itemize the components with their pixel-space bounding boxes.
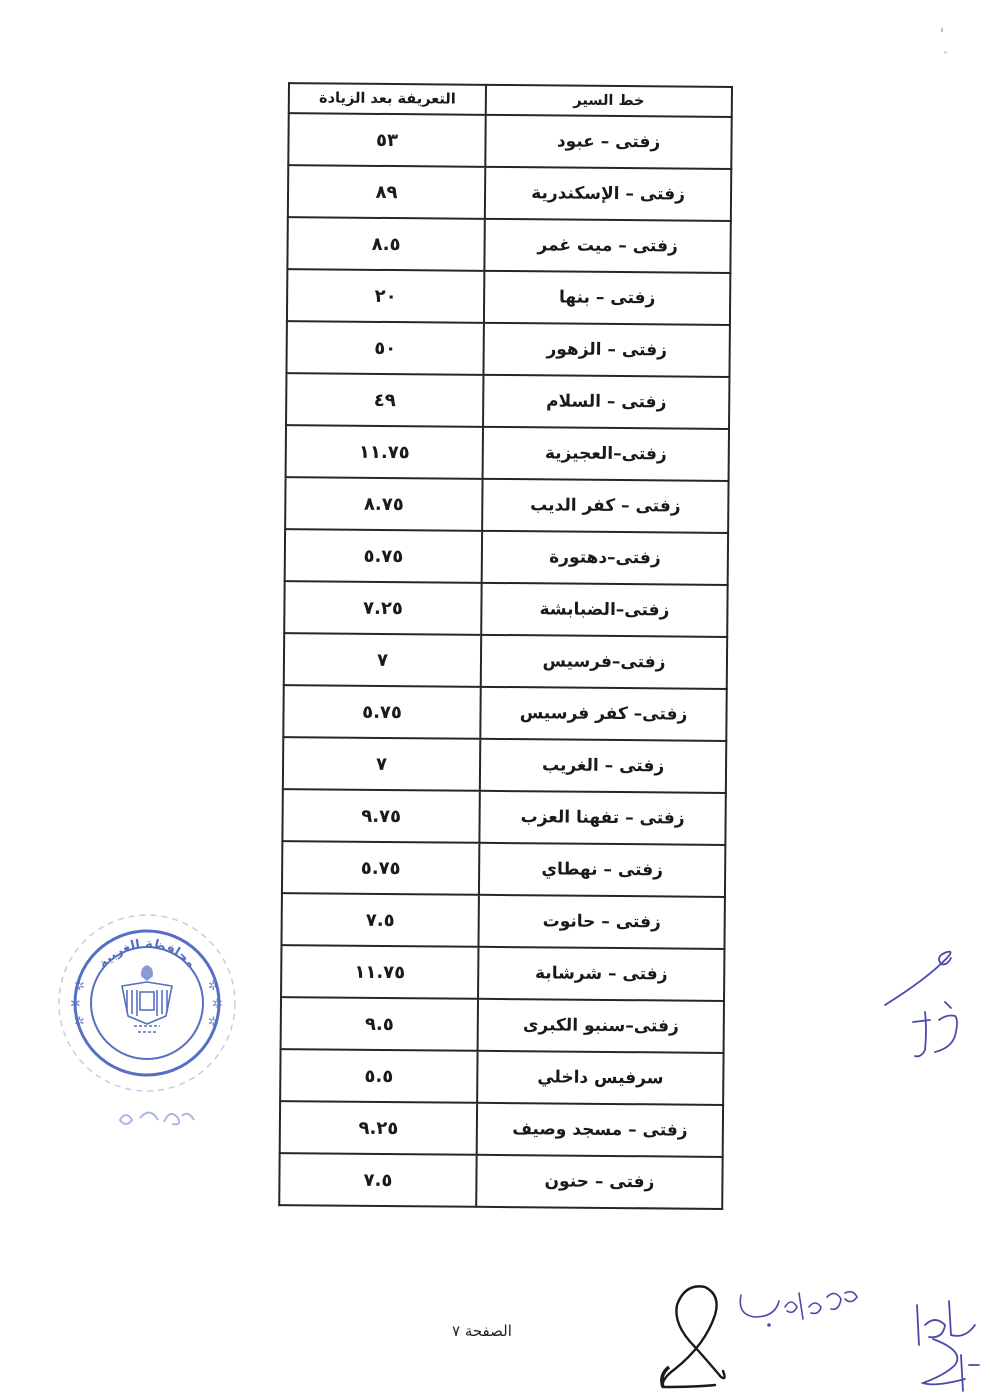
table-row: سرفيس داخلي٥.٥ — [280, 1049, 723, 1105]
table-row: زفتى – بنها٢٠ — [287, 269, 730, 325]
table-row: زفتى – السلام٤٩ — [286, 373, 729, 429]
fare-cell: ٧.٢٥ — [284, 581, 482, 635]
route-cell: سرفيس داخلي — [477, 1051, 723, 1105]
fare-cell: ٧ — [284, 633, 482, 687]
svg-text:✲: ✲ — [208, 979, 219, 994]
table-row: زفتى – الزهور٥٠ — [286, 321, 729, 377]
table-row: زفتى–الضبابشة٧.٢٥ — [284, 581, 727, 637]
fare-cell: ١١.٧٥ — [281, 945, 479, 999]
column-header-fare: التعريفة بعد الزيادة — [289, 83, 486, 115]
route-cell: زفتى – مسجد وصيف — [477, 1103, 723, 1157]
table-row: زفتى – حنون٧.٥ — [279, 1153, 722, 1209]
stamp-ornament-right-icon: ✲ ✲ ✲ — [208, 979, 223, 1030]
route-cell: زفتى–سنبو الكبرى — [478, 999, 724, 1053]
signature-handwritten-name — [735, 1285, 865, 1335]
route-cell: زفتى – الزهور — [484, 323, 730, 377]
table-body: زفتى – عبود٥٣زفتى – الإسكندرية٨٩زفتى – م… — [279, 113, 732, 1209]
fare-cell: ٩.٢٥ — [280, 1101, 478, 1155]
route-cell: زفتى – كفر الديب — [482, 479, 728, 533]
fare-cell: ١١.٧٥ — [286, 425, 484, 479]
route-cell: زفتى – ميت غمر — [484, 219, 730, 273]
stamp-ornament-left-icon: ✲ ✲ ✲ — [70, 979, 85, 1030]
fare-cell: ٧.٥ — [281, 893, 479, 947]
svg-text:✲: ✲ — [74, 979, 85, 994]
fare-cell: ٤٩ — [286, 373, 484, 427]
svg-text:✲: ✲ — [70, 997, 81, 1012]
route-cell: زفتى – الإسكندرية — [485, 167, 731, 221]
fare-cell: ٥.٧٥ — [282, 841, 480, 895]
table-row: زفتى – حانوت٧.٥ — [281, 893, 724, 949]
table-row: زفتى– كفر فرسيس٥.٧٥ — [283, 685, 726, 741]
route-cell: زفتى–العجيزية — [483, 427, 729, 481]
fare-cell: ٧ — [283, 737, 481, 791]
fare-cell: ٥٠ — [286, 321, 484, 375]
table-row: زفتى–فرسيس٧ — [284, 633, 727, 689]
fare-cell: ٨.٧٥ — [285, 477, 483, 531]
route-cell: زفتى – الغريب — [480, 739, 726, 793]
document-page: خط السير التعريفة بعد الزيادة زفتى – عبو… — [0, 0, 990, 1400]
table-row: زفتى–دهتورة٥.٧٥ — [285, 529, 728, 585]
table-row: زفتى – تفهنا العزب٩.٧٥ — [282, 789, 725, 845]
route-cell: زفتى–الضبابشة — [481, 583, 727, 637]
scan-artifact — [941, 28, 943, 32]
route-cell: زفتى – بنها — [484, 271, 730, 325]
route-cell: زفتى – عبود — [485, 115, 731, 169]
eagle-emblem-icon — [122, 966, 172, 1032]
signature-right-margin — [875, 950, 985, 1065]
fare-cell: ٩.٥ — [281, 997, 479, 1051]
table-row: زفتى – مسجد وصيف٩.٢٥ — [280, 1101, 723, 1157]
fare-table: خط السير التعريفة بعد الزيادة زفتى – عبو… — [278, 82, 733, 1210]
route-cell: زفتى – نهطاي — [479, 843, 725, 897]
fare-cell: ٥.٧٥ — [285, 529, 483, 583]
fare-cell: ٥٣ — [288, 113, 486, 167]
svg-text:✲: ✲ — [208, 1015, 219, 1030]
table-header-row: خط السير التعريفة بعد الزيادة — [289, 83, 732, 117]
signature-black-loop — [655, 1275, 745, 1395]
table-row: زفتى–العجيزية١١.٧٥ — [286, 425, 729, 481]
svg-text:✲: ✲ — [212, 997, 223, 1012]
route-cell: زفتى–فرسيس — [481, 635, 727, 689]
route-cell: زفتى – حانوت — [479, 895, 725, 949]
table-row: زفتى – كفر الديب٨.٧٥ — [285, 477, 728, 533]
column-header-route: خط السير — [486, 85, 732, 117]
route-cell: زفتى – السلام — [483, 375, 729, 429]
table-row: زفتى – عبود٥٣ — [288, 113, 731, 169]
fare-cell: ٨٩ — [288, 165, 486, 219]
table-row: زفتى – نهطاي٥.٧٥ — [282, 841, 725, 897]
route-cell: زفتى – شرشابة — [478, 947, 724, 1001]
table-row: زفتى – شرشابة١١.٧٥ — [281, 945, 724, 1001]
page-number: الصفحة ٧ — [452, 1322, 512, 1340]
scan-artifact — [944, 51, 947, 54]
svg-text:✲: ✲ — [74, 1015, 85, 1030]
route-cell: زفتى – تفهنا العزب — [479, 791, 725, 845]
route-cell: زفتى – حنون — [476, 1155, 722, 1209]
fare-cell: ٧.٥ — [279, 1153, 477, 1207]
route-cell: زفتى– كفر فرسيس — [480, 687, 726, 741]
table-row: زفتى–سنبو الكبرى٩.٥ — [281, 997, 724, 1053]
fare-cell: ٥.٧٥ — [283, 685, 481, 739]
table-row: زفتى – ميت غمر٨.٥ — [287, 217, 730, 273]
stamp-serial-mark — [112, 1098, 202, 1134]
table-row: زفتى – الإسكندرية٨٩ — [288, 165, 731, 221]
government-stamp: محافظة الغربية ✲ ✲ ✲ ✲ ✲ ✲ — [52, 908, 242, 1098]
table-row: زفتى – الغريب٧ — [283, 737, 726, 793]
fare-cell: ٢٠ — [287, 269, 485, 323]
fare-cell: ٥.٥ — [280, 1049, 478, 1103]
route-cell: زفتى–دهتورة — [482, 531, 728, 585]
signature-bottom-right — [905, 1295, 985, 1395]
fare-cell: ٩.٧٥ — [282, 789, 480, 843]
fare-cell: ٨.٥ — [287, 217, 485, 271]
